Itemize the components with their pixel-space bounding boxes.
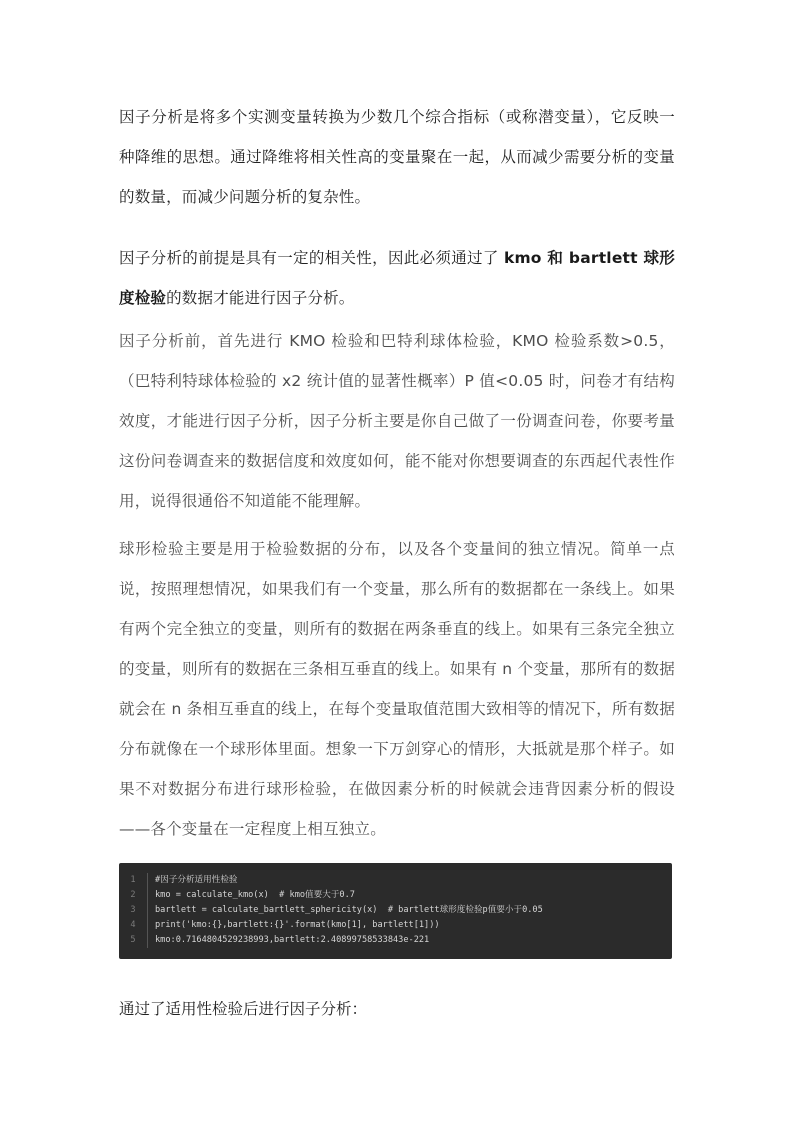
paragraph-kmo-explanation: 因子分析前，首先进行 KMO 检验和巴特利球体检验，KMO 检验系数>0.5，（… — [119, 321, 675, 521]
code-line: 2kmo = calculate_kmo(x) # kmo值要大于0.7 — [119, 888, 672, 903]
line-number: 4 — [119, 918, 148, 933]
line-number: 1 — [119, 873, 148, 888]
paragraph-prerequisite: 因子分析的前提是具有一定的相关性，因此必须通过了 kmo 和 bartlett … — [119, 238, 675, 318]
line-number: 2 — [119, 888, 148, 903]
code-line: 1#因子分析适用性检验 — [119, 873, 672, 888]
code-text: kmo:0.7164804529238993,bartlett:2.408997… — [155, 933, 429, 948]
prerequisite-suffix: 的数据才能进行因子分析。 — [166, 289, 354, 307]
paragraph-after-code: 通过了适用性检验后进行因子分析： — [119, 989, 675, 1029]
code-line: 4print('kmo:{},bartlett:{}'.format(kmo[1… — [119, 918, 672, 933]
code-text: #因子分析适用性检验 — [155, 873, 238, 888]
prerequisite-text: 因子分析的前提是具有一定的相关性，因此必须通过了 — [119, 249, 504, 267]
line-number: 3 — [119, 903, 148, 918]
paragraph-sphericity-explanation: 球形检验主要是用于检验数据的分布，以及各个变量间的独立情况。简单一点说，按照理想… — [119, 529, 675, 849]
code-text: print('kmo:{},bartlett:{}'.format(kmo[1]… — [155, 918, 440, 933]
code-line: 3bartlett = calculate_bartlett_sphericit… — [119, 903, 672, 918]
code-text: bartlett = calculate_bartlett_sphericity… — [155, 903, 543, 918]
code-block: 1#因子分析适用性检验 2kmo = calculate_kmo(x) # km… — [119, 863, 672, 959]
code-text: kmo = calculate_kmo(x) # kmo值要大于0.7 — [155, 888, 355, 903]
code-line: 5kmo:0.7164804529238993,bartlett:2.40899… — [119, 933, 672, 948]
document-page: 因子分析是将多个实测变量转换为少数几个综合指标（或称潜变量），它反映一种降维的思… — [119, 97, 675, 1029]
line-number: 5 — [119, 933, 148, 948]
paragraph-intro: 因子分析是将多个实测变量转换为少数几个综合指标（或称潜变量），它反映一种降维的思… — [119, 97, 675, 217]
